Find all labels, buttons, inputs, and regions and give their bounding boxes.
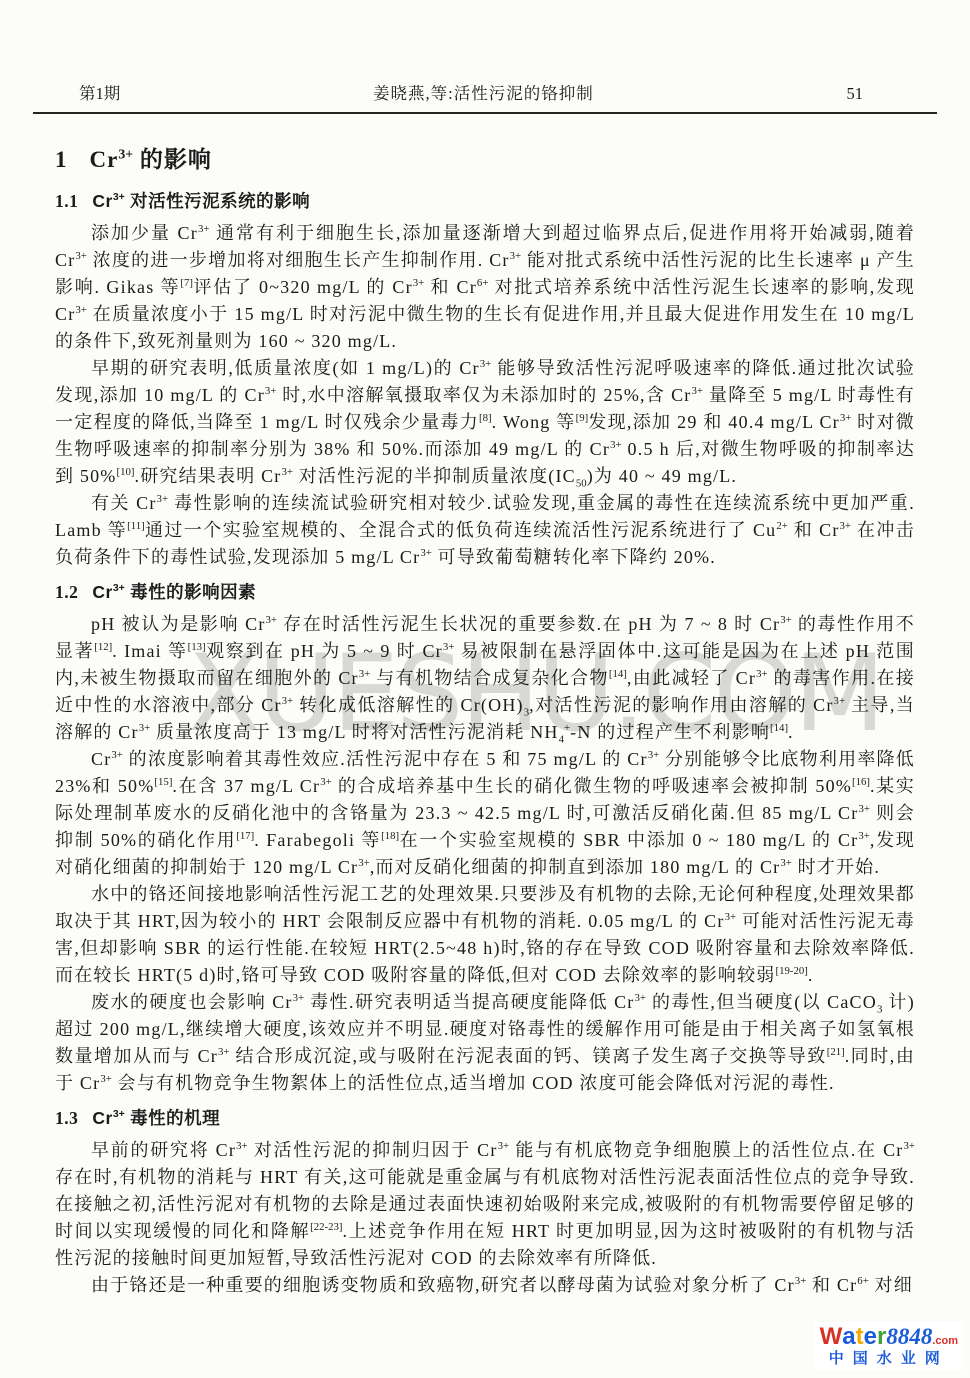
paragraph: 早前的研究将 Cr3+ 对活性污泥的抑制归因于 Cr3+ 能与有机底物竞争细胞膜… [55,1137,915,1272]
page-header: 第1期 姜晓燕,等:活性污泥的铬抑制 51 [35,0,935,104]
section-title: Cr3+ 对活性污泥系统的影响 [92,191,310,211]
section-number: 1.2 [55,582,78,602]
paragraph: 早期的研究表明,低质量浓度(如 1 mg/L)的 Cr3+ 能够导致活性污泥呼吸… [55,355,915,490]
section-number: 1.1 [55,191,78,211]
water8848-logo: Water8848.com 中国水业网 [814,1322,964,1370]
issue-label: 第1期 [79,80,120,104]
logo-wordmark: Water8848.com [820,1324,958,1349]
article-body: 1Cr3+ 的影响 1.1Cr3+ 对活性污泥系统的影响 添加少量 Cr3+ 通… [55,141,915,1299]
section-heading-1: 1Cr3+ 的影响 [55,141,915,174]
page-number: 51 [847,84,864,104]
section-heading-1-3: 1.3Cr3+ 毒性的机理 [55,1105,915,1130]
logo-letter: W [820,1324,843,1349]
logo-tagline: 中国水业网 [820,1351,958,1367]
logo-letter: e [864,1324,877,1349]
paragraph: 废水的硬度也会影响 Cr3+ 毒性.研究表明适当提高硬度能降低 Cr3+ 的毒性… [55,989,915,1097]
paragraph: Cr3+ 的浓度影响着其毒性效应.活性污泥中存在 5 和 75 mg/L 的 C… [55,746,915,881]
section-number: 1.3 [55,1108,78,1128]
logo-word-water: Water [820,1323,887,1350]
running-title: 姜晓燕,等:活性污泥的铬抑制 [120,80,846,104]
header-rule [33,112,937,114]
paragraph: 由于铬还是一种重要的细胞诱变物质和致癌物,研究者以酵母菌为试验对象分析了 Cr3… [55,1272,915,1299]
section-title: Cr3+ 毒性的影响因素 [92,582,256,602]
section-number: 1 [55,147,68,172]
logo-tld: .com [932,1335,958,1347]
section-title: Cr3+ 毒性的机理 [92,1108,220,1128]
paragraph: pH 被认为是影响 Cr3+ 存在时活性污泥生长状况的重要参数.在 pH 为 7… [55,611,915,746]
section-title: Cr3+ 的影响 [90,147,212,172]
logo-letter: a [842,1324,855,1349]
page-content: 第1期 姜晓燕,等:活性污泥的铬抑制 51 1Cr3+ 的影响 1.1Cr3+ … [0,0,970,1299]
section-heading-1-2: 1.2Cr3+ 毒性的影响因素 [55,579,915,604]
logo-number: 8848 [886,1324,932,1349]
logo-letter: t [856,1324,864,1349]
paragraph: 水中的铬还间接地影响活性污泥工艺的处理效果.只要涉及有机物的去除,无论何种程度,… [55,881,915,989]
scanned-paper-page: XUESHU.COM 第1期 姜晓燕,等:活性污泥的铬抑制 51 1Cr3+ 的… [0,0,970,1378]
paragraph: 有关 Cr3+ 毒性影响的连续流试验研究相对较少.试验发现,重金属的毒性在连续流… [55,490,915,571]
logo-letter: r [877,1324,886,1349]
section-heading-1-1: 1.1Cr3+ 对活性污泥系统的影响 [55,188,915,213]
paragraph: 添加少量 Cr3+ 通常有利于细胞生长,添加量逐渐增大到超过临界点后,促进作用将… [55,220,915,355]
